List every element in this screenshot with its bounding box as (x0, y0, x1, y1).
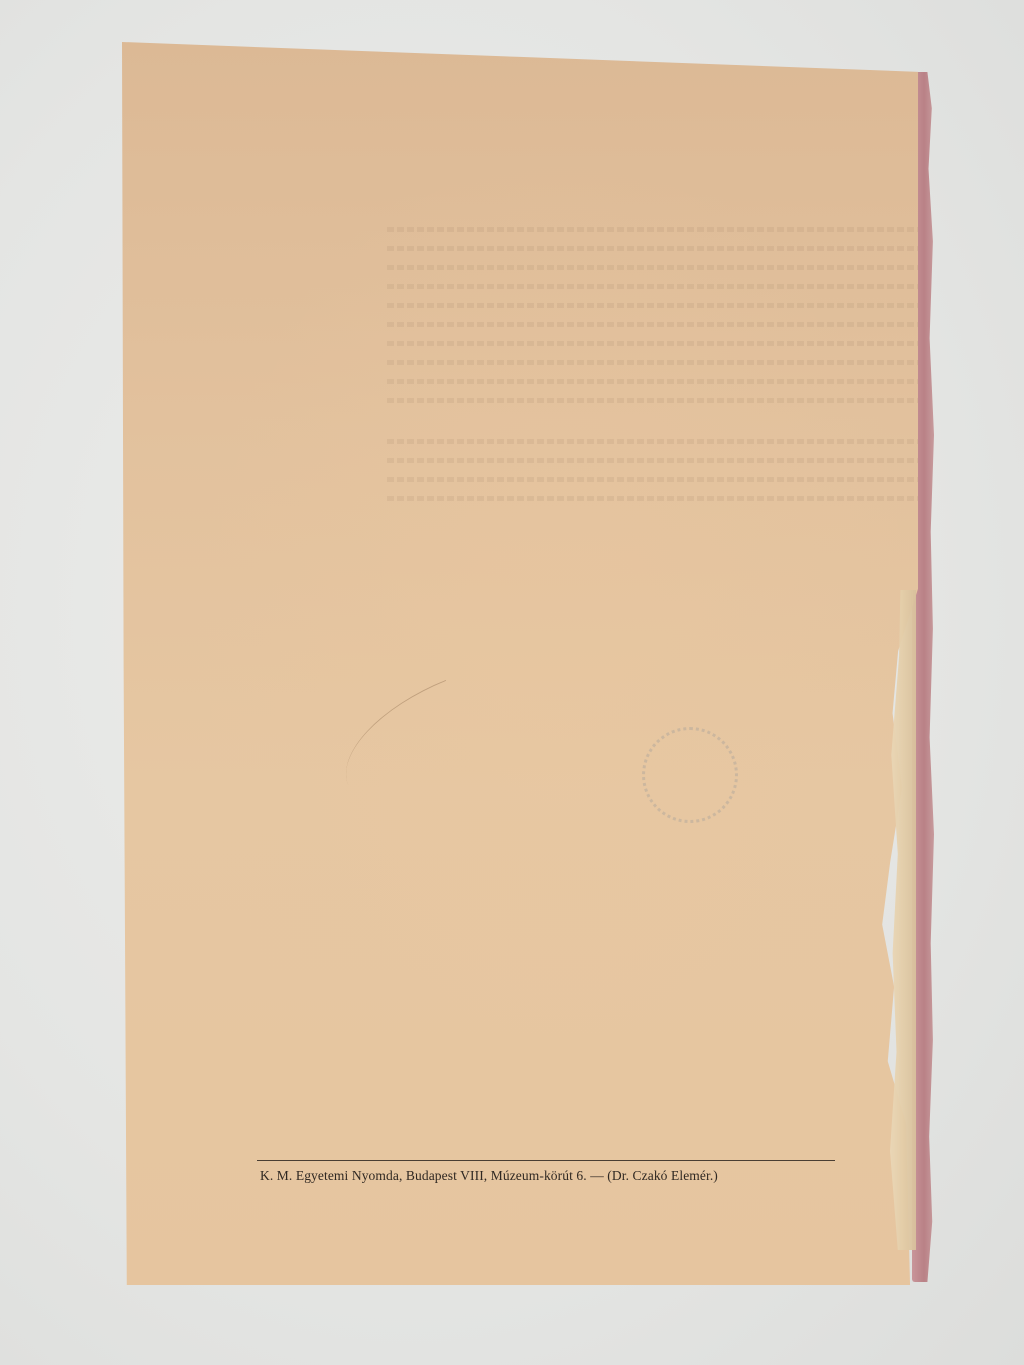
show-through-text (387, 227, 957, 515)
paper-crease (325, 680, 468, 785)
imprint-text: K. M. Egyetemi Nyomda, Budapest VIII, Mú… (260, 1168, 840, 1184)
photo-scene: K. M. Egyetemi Nyomda, Budapest VIII, Mú… (0, 0, 1024, 1365)
library-stamp (642, 727, 738, 823)
imprint-rule (257, 1160, 835, 1161)
document-page: K. M. Egyetemi Nyomda, Budapest VIII, Mú… (122, 42, 918, 1285)
